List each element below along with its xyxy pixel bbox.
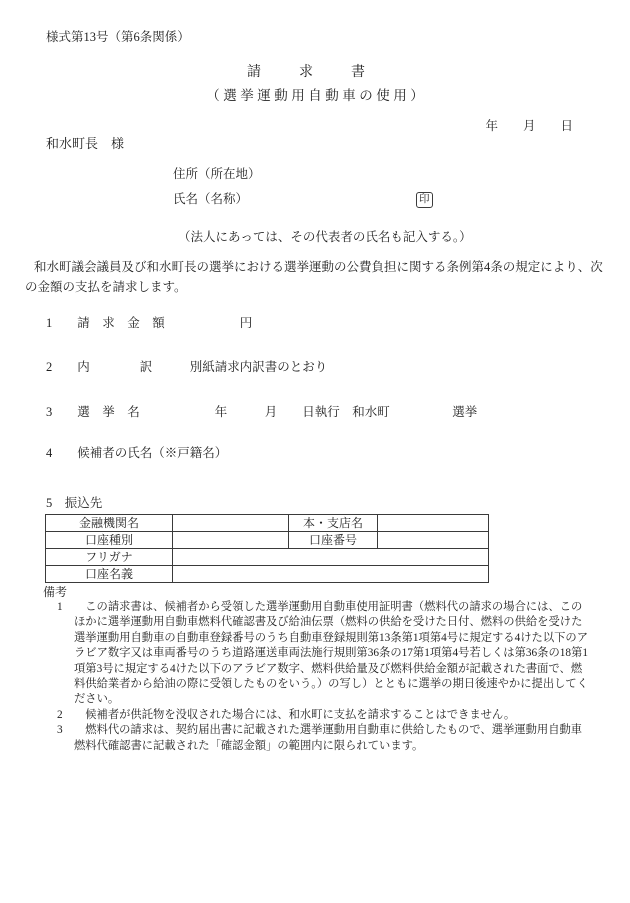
table-row: 口座種別 口座番号 — [46, 532, 489, 549]
account-holder-value — [173, 566, 489, 583]
bank-name-value — [173, 515, 289, 532]
furigana-label: フリガナ — [46, 549, 173, 566]
bank-name-label: 金融機関名 — [46, 515, 173, 532]
page-subtitle: （選挙運動用自動車の使用） — [0, 88, 630, 104]
address-label: 住所（所在地） — [173, 166, 630, 182]
account-type-value — [173, 532, 289, 549]
remark-note-1: 1 この請求書は、候補者から受領した選挙運動用自動車使用証明書（燃料代の請求の場… — [44, 600, 592, 708]
item-candidate-name: 4 候補者の氏名（※戸籍名） — [46, 445, 630, 461]
addressee: 和水町長 様 — [46, 136, 630, 152]
item-transfer-destination: 5 振込先 — [46, 495, 630, 511]
branch-name-label: 本・支店名 — [289, 515, 378, 532]
form-number: 様式第13号（第6条関係） — [46, 29, 630, 45]
page-title: 請求書 — [0, 64, 630, 82]
intro-paragraph: 和水町議会議員及び和水町長の選挙における選挙運動の公費負担に関する条例第4条の規… — [25, 258, 603, 297]
item-election-name: 3 選 挙 名 年 月 日執行 和水町 選挙 — [46, 404, 630, 420]
seal-stamp-mark: 印 — [416, 192, 433, 208]
furigana-value — [173, 549, 489, 566]
table-row: 金融機関名 本・支店名 — [46, 515, 489, 532]
corporation-note: （法人にあっては、その代表者の氏名も記入する。） — [178, 229, 630, 245]
remarks-notes: 1 この請求書は、候補者から受領した選挙運動用自動車使用証明書（燃料代の請求の場… — [44, 600, 592, 754]
name-label: 氏名（名称） — [173, 192, 248, 206]
account-type-label: 口座種別 — [46, 532, 173, 549]
bank-transfer-table: 金融機関名 本・支店名 口座種別 口座番号 フリガナ 口座名義 — [45, 514, 489, 583]
table-row: フリガナ — [46, 549, 489, 566]
account-number-value — [378, 532, 489, 549]
branch-name-value — [378, 515, 489, 532]
account-number-label: 口座番号 — [289, 532, 378, 549]
remark-note-3: 3 燃料代の請求は、契約届出書に記載された選挙運動用自動車に供給したもので、選挙… — [44, 723, 592, 754]
account-holder-label: 口座名義 — [46, 566, 173, 583]
remark-note-2: 2 候補者が供託物を没収された場合には、和水町に支払を請求することはできません。 — [44, 708, 592, 723]
document-page: 様式第13号（第6条関係） 請求書 （選挙運動用自動車の使用） 年 月 日 和水… — [0, 0, 630, 903]
item-claim-amount: 1 請 求 金 額 円 — [46, 315, 630, 331]
remarks-heading: 備考 — [43, 585, 630, 600]
table-row: 口座名義 — [46, 566, 489, 583]
name-line: 氏名（名称）印 — [173, 191, 630, 208]
date-blank-line: 年 月 日 — [0, 118, 630, 134]
item-breakdown: 2 内 訳 別紙請求内訳書のとおり — [46, 359, 630, 375]
